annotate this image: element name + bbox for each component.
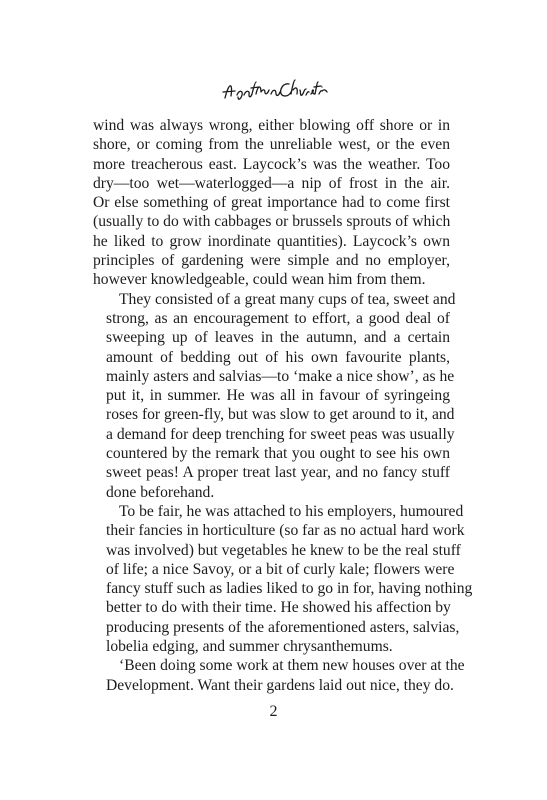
text-line: To be fair, he was attached to his emplo… [93,502,450,521]
text-line: a demand for deep trenching for sweet pe… [93,425,450,444]
paragraph-2: They consisted of a great many cups of t… [93,290,450,502]
text-line: fancy stuff such as ladies liked to go i… [93,579,450,598]
book-page: wind was always wrong, either blowing of… [0,0,547,800]
body-text: wind was always wrong, either blowing of… [93,116,450,695]
text-line: more treacherous east. Laycock’s was the… [93,155,450,174]
text-line: put it, in summer. He was all in favour … [93,386,450,405]
text-line: ‘Been doing some work at them new houses… [93,656,450,675]
paragraph-1: wind was always wrong, either blowing of… [93,116,450,290]
text-line: producing presents of the aforementioned… [93,618,450,637]
text-line: (usually to do with cabbages or brussels… [93,212,450,231]
paragraph-4: ‘Been doing some work at them new houses… [93,656,450,695]
text-line: wind was always wrong, either blowing of… [93,116,450,135]
text-line: done beforehand. [93,483,450,502]
text-line: Development. Want their gardens laid out… [93,676,450,695]
agatha-christie-signature-logo [219,78,329,104]
text-line: dry—too wet—waterlogged—a nip of frost i… [93,174,450,193]
text-line: sweet peas! A proper treat last year, an… [93,463,450,482]
text-line: mainly asters and salvias—to ‘make a nic… [93,367,450,386]
text-line: shore, or coming from the unreliable wes… [93,135,450,154]
text-line: however knowledgeable, could wean him fr… [93,270,450,289]
text-line: their fancies in horticulture (so far as… [93,521,450,540]
text-line: Or else something of great importance ha… [93,193,450,212]
text-line: of life; a nice Savoy, or a bit of curly… [93,560,450,579]
text-line: better to do with their time. He showed … [93,598,450,617]
author-signature-header [0,78,547,104]
text-line: amount of bedding out of his own favouri… [93,348,450,367]
text-line: was involved) but vegetables he knew to … [93,541,450,560]
text-line: lobelia edging, and summer chrysanthemum… [93,637,450,656]
page-number: 2 [0,703,547,721]
paragraph-3: To be fair, he was attached to his emplo… [93,502,450,656]
text-line: he liked to grow inordinate quantities).… [93,232,450,251]
text-line: They consisted of a great many cups of t… [93,290,450,309]
text-line: countered by the remark that you ought t… [93,444,450,463]
text-line: roses for green-fly, but was slow to get… [93,405,450,424]
text-line: strong, as an encouragement to effort, a… [93,309,450,328]
text-line: sweeping up of leaves in the autumn, and… [93,328,450,347]
text-line: principles of gardening were simple and … [93,251,450,270]
